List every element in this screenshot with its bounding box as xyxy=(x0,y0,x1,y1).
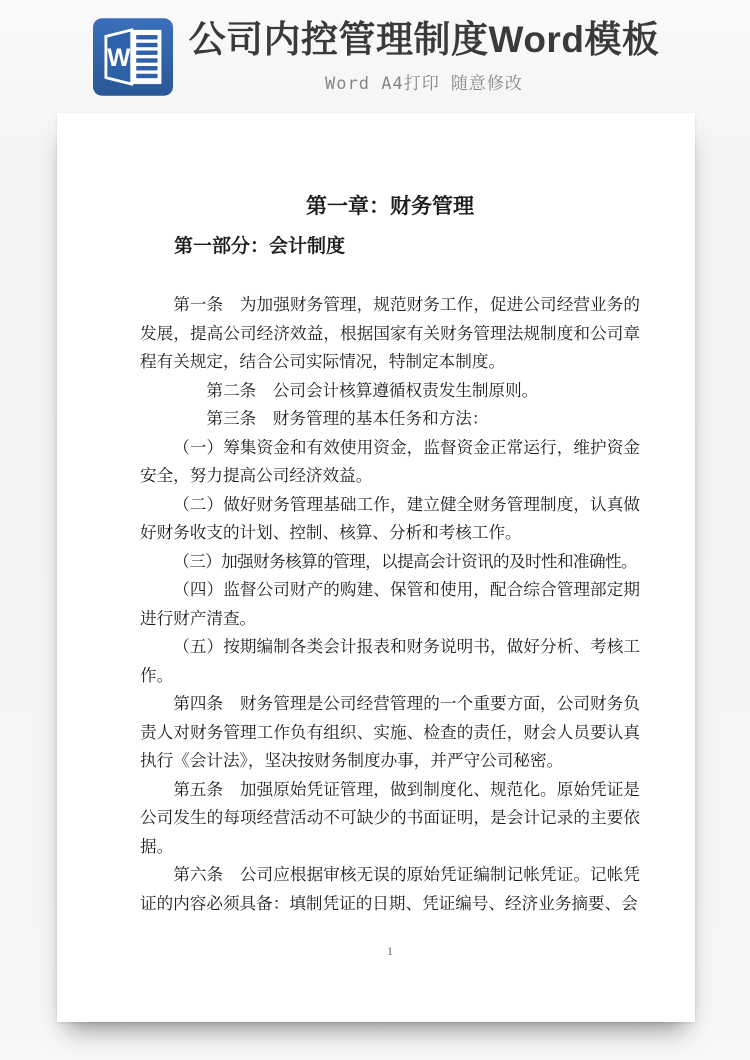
document-page: 第一章：财务管理 第一部分：会计制度 第一条 为加强财务管理，规范财务工作，促进… xyxy=(57,113,695,1022)
paragraph: （四）监督公司财产的购建、保管和使用，配合综合管理部定期进行财产清查。 xyxy=(140,576,640,633)
page-number: 1 xyxy=(140,944,640,959)
chapter-heading: 第一章：财务管理 xyxy=(140,191,640,221)
paragraph: （一）筹集资金和有效使用资金，监督资金正常运行，维护资金安全，努力提高公司经济效… xyxy=(140,434,640,491)
header-text: 公司内控管理制度Word模板 Word A4打印 随意修改 xyxy=(189,19,660,94)
paragraph: 第一条 为加强财务管理，规范财务工作，促进公司经营业务的发展，提高公司经济效益，… xyxy=(140,291,640,377)
template-subtitle: Word A4打印 随意修改 xyxy=(189,69,660,94)
template-title: 公司内控管理制度Word模板 xyxy=(189,19,660,62)
paragraph: 第六条 公司应根据审核无误的原始凭证编制记帐凭证。记帐凭证的内容必须具备：填制凭… xyxy=(140,861,640,918)
paragraph: 第四条 财务管理是公司经营管理的一个重要方面，公司财务负责人对财务管理工作负有组… xyxy=(140,690,640,776)
paragraph: （二）做好财务管理基础工作，建立健全财务管理制度，认真做好财务收支的计划、控制、… xyxy=(140,491,640,548)
header: W 公司内控管理制度Word模板 Word A4打印 随意修改 xyxy=(0,0,750,113)
word-logo-letter: W xyxy=(107,45,131,72)
paragraph: 第五条 加强原始凭证管理，做到制度化、规范化。原始凭证是公司发生的每项经营活动不… xyxy=(140,776,640,862)
paragraph: 第三条 财务管理的基本任务和方法： xyxy=(140,405,640,434)
word-logo-icon: W xyxy=(91,17,175,97)
paragraph: （三）加强财务核算的管理，以提高会计资讯的及时性和准确性。 xyxy=(140,548,640,577)
paragraph: 第二条 公司会计核算遵循权责发生制原则。 xyxy=(140,377,640,406)
paragraph: （五）按期编制各类会计报表和财务说明书，做好分析、考核工作。 xyxy=(140,633,640,690)
section-heading: 第一部分：会计制度 xyxy=(140,233,640,261)
